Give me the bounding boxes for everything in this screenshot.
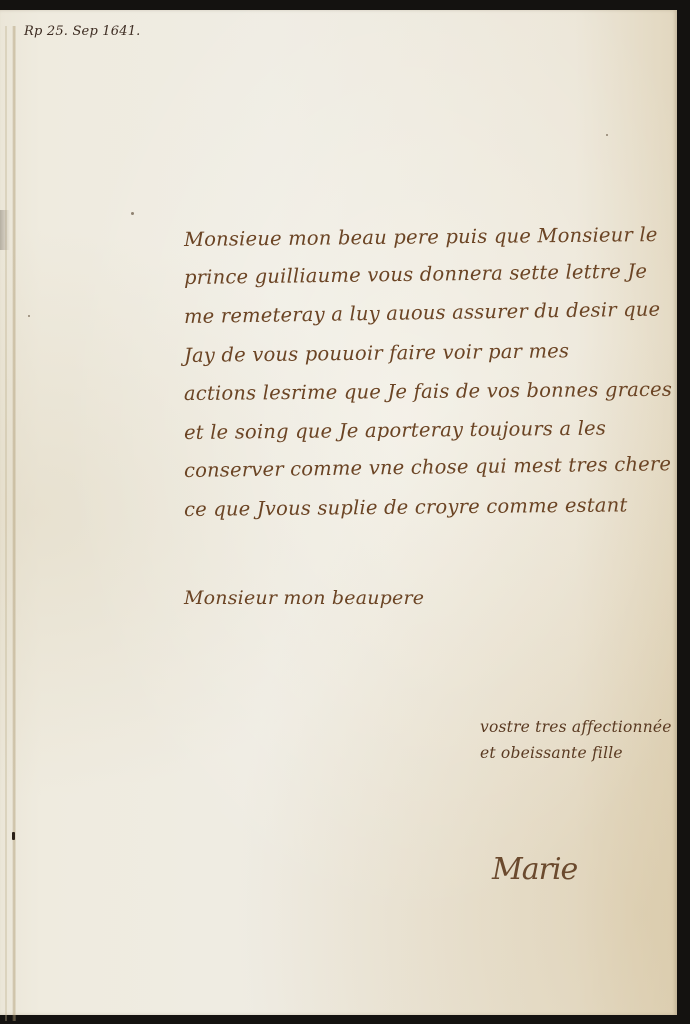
letter-line-7: conserver comme vne chose qui mest tres … bbox=[184, 452, 671, 482]
letter-line-1: Monsieue mon beau pere puis que Monsieur… bbox=[184, 223, 658, 251]
signoff-line-1: vostre tres affectionnée bbox=[480, 718, 672, 736]
paper-speck bbox=[28, 315, 30, 317]
letter-line-8: ce que Jvous suplie de croyre comme esta… bbox=[184, 493, 628, 521]
binding-edge bbox=[12, 26, 16, 1021]
paper-speck bbox=[131, 212, 134, 215]
archival-reference-note: Rp 25. Sep 1641. bbox=[24, 24, 141, 39]
signoff-line-2: et obeissante fille bbox=[480, 744, 623, 762]
paper-speck bbox=[606, 134, 608, 136]
binding-ink-mark bbox=[12, 832, 15, 840]
letter-line-2: prince guilliaume vous donnera sette let… bbox=[184, 260, 648, 289]
binding-shadow bbox=[0, 210, 10, 250]
signature: Marie bbox=[492, 852, 577, 887]
letter-line-3: me remeteray a luy auous assurer du desi… bbox=[184, 298, 661, 328]
closing-salutation: Monsieur mon beaupere bbox=[184, 587, 424, 609]
letter-line-5: actions lesrime que Je fais de vos bonne… bbox=[184, 378, 672, 405]
letter-page: Rp 25. Sep 1641. Monsieue mon beau pere … bbox=[0, 10, 677, 1015]
binding-edge-outer bbox=[5, 26, 7, 1021]
letter-line-6: et le soing que Je aporteray toujours a … bbox=[184, 417, 606, 444]
letter-line-4: Jay de vous pouuoir faire voir par mes bbox=[184, 339, 569, 367]
